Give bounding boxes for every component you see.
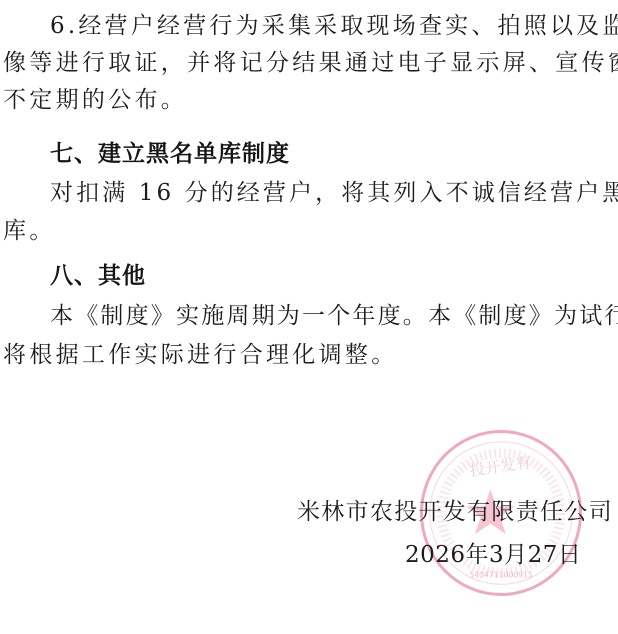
section-8-line-2: 将根据工作实际进行合理化调整。 bbox=[3, 341, 398, 369]
paragraph-6-line-2: 像等进行取证，并将记分结果通过电子显示屏、宣传窗进行 bbox=[3, 49, 618, 77]
section-7-heading: 七、建立黑名单库制度 bbox=[50, 140, 290, 168]
section-7-line-1: 对扣满 16 分的经营户，将其列入不诚信经营户黑名单 bbox=[50, 179, 618, 207]
section-8-heading: 八、其他 bbox=[50, 262, 146, 290]
paragraph-6-line-3: 不定期的公布。 bbox=[3, 86, 187, 114]
section-7-line-2: 库。 bbox=[3, 217, 56, 245]
paragraph-6-line-1: 6.经营户经营行为采集采取现场查实、拍照以及监控录 bbox=[50, 12, 618, 40]
signature-organization: 米林市农投开发有限责任公司 bbox=[297, 498, 613, 526]
signature-date: 2026年3月27日 bbox=[405, 541, 581, 569]
svg-text:5404711000915: 5404711000915 bbox=[469, 571, 533, 580]
svg-text:投开发有: 投开发有 bbox=[469, 453, 532, 479]
section-8-line-1: 本《制度》实施周期为一个年度。本《制度》为试行， bbox=[50, 302, 618, 330]
